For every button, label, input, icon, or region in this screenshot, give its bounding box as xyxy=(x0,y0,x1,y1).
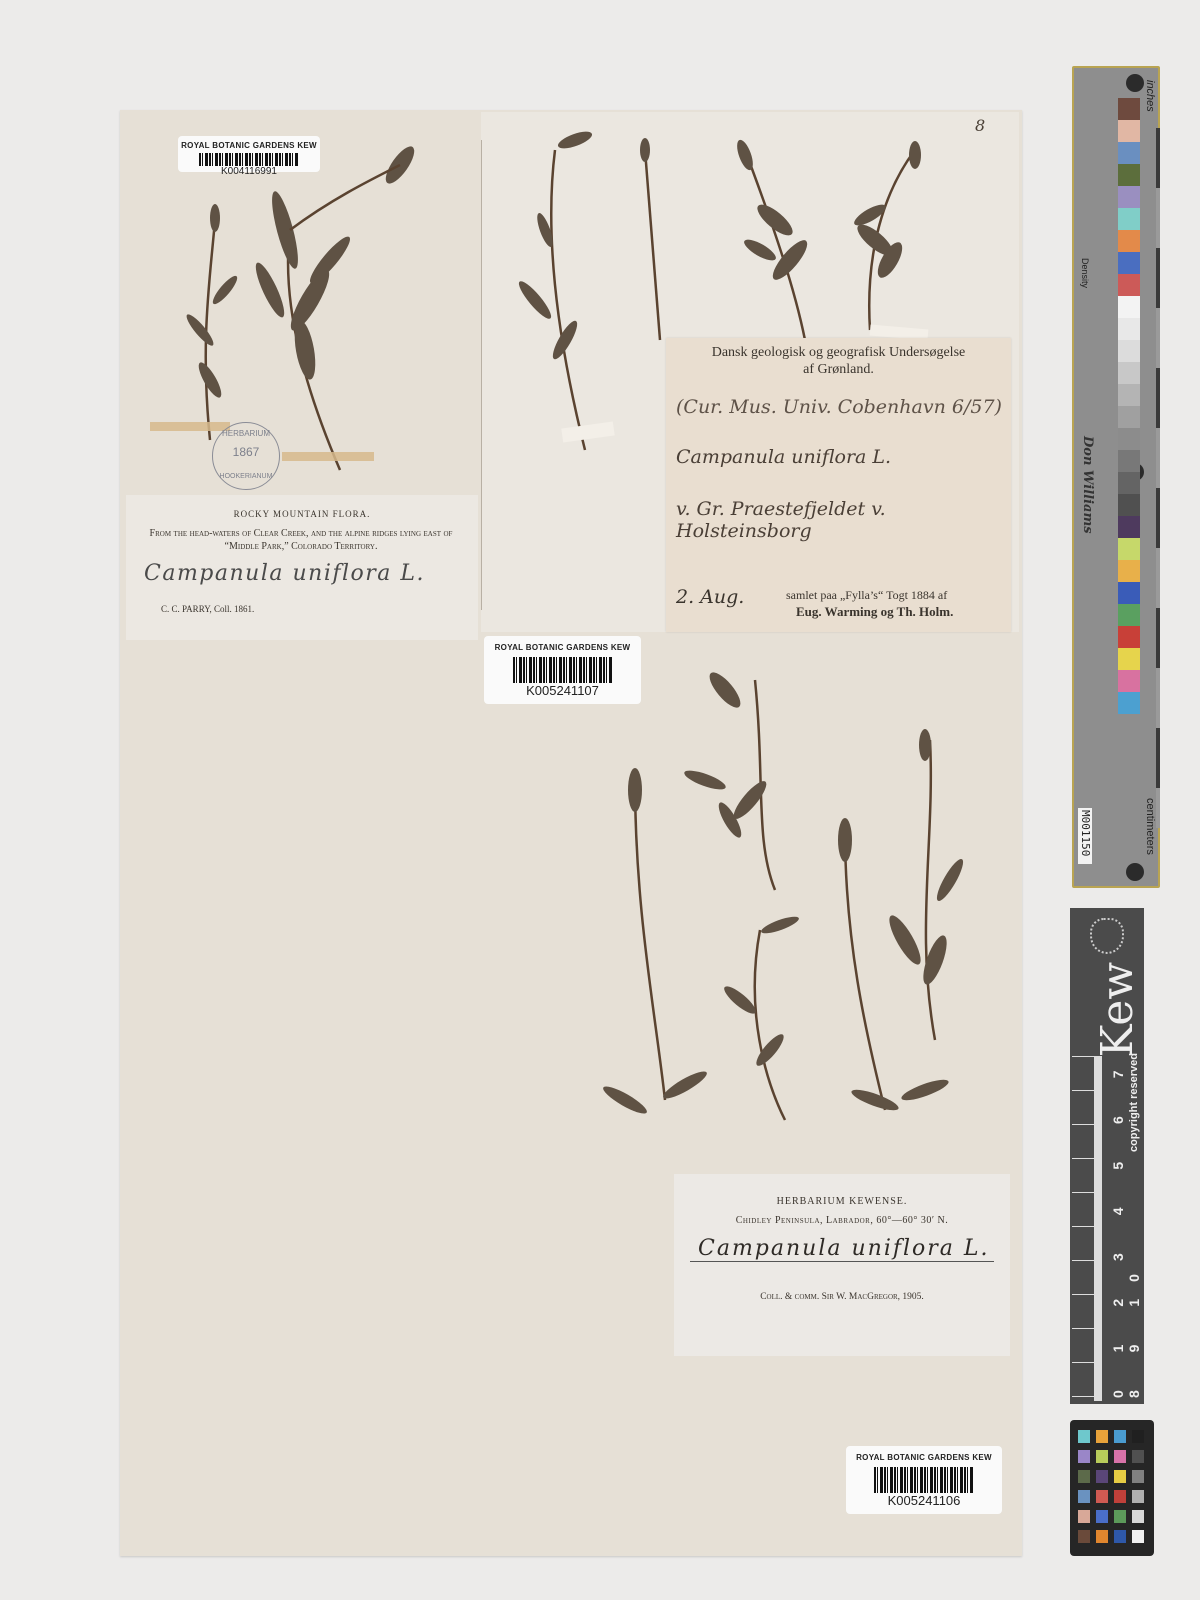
label-danish-survey: Dansk geologisk og geografisk Undersøgel… xyxy=(666,338,1011,632)
color-patch xyxy=(1114,1430,1126,1443)
label-hand-line3: v. Gr. Praestefjeldet v. Holsteinsborg xyxy=(666,498,1011,542)
color-patch xyxy=(1078,1470,1090,1483)
ruler-hole-icon xyxy=(1126,74,1144,92)
label-title-line2: af Grønland. xyxy=(666,361,1011,378)
color-patch xyxy=(1132,1490,1144,1503)
label-handwritten-name: Campanula uniflora L. xyxy=(126,561,478,586)
color-swatch xyxy=(1118,164,1140,186)
color-patch xyxy=(1078,1530,1090,1543)
color-patch xyxy=(1096,1510,1108,1523)
label-printed-line2: Eug. Warming og Th. Holm. xyxy=(796,604,953,620)
color-swatch xyxy=(1118,450,1140,472)
color-swatch xyxy=(1118,472,1140,494)
color-patch xyxy=(1132,1430,1144,1443)
color-patch xyxy=(1096,1490,1108,1503)
color-patch xyxy=(1078,1450,1090,1463)
color-patch xyxy=(1096,1530,1108,1543)
color-swatch xyxy=(1118,692,1140,714)
label-handwritten-name: Campanula uniflora L. xyxy=(690,1236,994,1262)
herbarium-stamp: HERBARIUM 1867 HOOKERIANUM xyxy=(212,422,280,490)
cm-scale-bar xyxy=(1072,1056,1102,1401)
ruler-id: M001150 xyxy=(1078,808,1092,864)
color-checker-card xyxy=(1070,1420,1154,1556)
ruler-unit-centimeters: centimeters xyxy=(1144,798,1156,855)
color-patch xyxy=(1132,1470,1144,1483)
color-swatch xyxy=(1118,230,1140,252)
color-patch xyxy=(1114,1530,1126,1543)
color-patch xyxy=(1096,1430,1108,1443)
barcode-number: K005241106 xyxy=(846,1495,1002,1507)
color-swatch xyxy=(1118,406,1140,428)
barcode-icon xyxy=(513,657,613,683)
barcode-icon xyxy=(199,153,299,166)
color-swatch xyxy=(1118,626,1140,648)
color-swatch xyxy=(1118,98,1140,120)
color-patch xyxy=(1114,1450,1126,1463)
specimen-bottom xyxy=(575,660,995,1160)
color-swatch xyxy=(1118,208,1140,230)
label-printed-line1: samlet paa „Fylla’s“ Togt 1884 af xyxy=(786,588,947,603)
color-patch xyxy=(1078,1490,1090,1503)
color-swatch xyxy=(1118,274,1140,296)
color-swatch xyxy=(1118,494,1140,516)
kew-logo: Kew xyxy=(1092,962,1143,1057)
color-swatch xyxy=(1118,516,1140,538)
sheet-number: 8 xyxy=(975,116,985,135)
copyright-text: copyright reserved xyxy=(1128,1053,1140,1152)
kew-crest-icon xyxy=(1090,918,1124,954)
color-swatch xyxy=(1118,604,1140,626)
ruler-brand: Don Williams xyxy=(1080,436,1095,534)
color-swatch xyxy=(1118,340,1140,362)
color-patch xyxy=(1114,1510,1126,1523)
color-swatch xyxy=(1118,428,1140,450)
color-swatch xyxy=(1118,362,1140,384)
ruler-unit-inches: inches xyxy=(1144,80,1156,112)
color-swatch xyxy=(1118,670,1140,692)
kew-scale-strip: Kew 0 1 2 3 4 5 6 7 8 9 10 copyright res… xyxy=(1070,908,1144,1404)
color-swatch xyxy=(1118,186,1140,208)
barcode-icon xyxy=(874,1467,974,1493)
tape-strip xyxy=(282,452,374,461)
barcode-org: ROYAL BOTANIC GARDENS KEW xyxy=(484,643,641,652)
color-patch xyxy=(1132,1450,1144,1463)
color-swatch xyxy=(1118,384,1140,406)
color-swatch xyxy=(1118,142,1140,164)
barcode-org: ROYAL BOTANIC GARDENS KEW xyxy=(178,141,320,150)
barcode-label: ROYAL BOTANIC GARDENS KEW K005241106 xyxy=(846,1446,1002,1514)
label-title: ROCKY MOUNTAIN FLORA. xyxy=(126,509,478,519)
barcode-org: ROYAL BOTANIC GARDENS KEW xyxy=(846,1453,1002,1462)
stamp-year: 1867 xyxy=(213,445,279,459)
ruler-swatches xyxy=(1118,98,1140,714)
ruler-hole-icon xyxy=(1126,863,1144,881)
label-collector: Coll. & comm. Sir W. MacGregor, 1905. xyxy=(674,1292,1010,1302)
label-title: HERBARIUM KEWENSE. xyxy=(674,1196,1010,1207)
color-patch xyxy=(1078,1430,1090,1443)
color-swatch xyxy=(1118,560,1140,582)
fold-line xyxy=(481,140,482,610)
color-ruler: inches Density Don Williams centimeters … xyxy=(1072,66,1160,888)
color-patch xyxy=(1114,1490,1126,1503)
color-patch xyxy=(1096,1450,1108,1463)
color-swatch xyxy=(1118,296,1140,318)
stamp-top-text: HERBARIUM xyxy=(213,429,279,438)
label-title-line1: Dansk geologisk og geografisk Undersøgel… xyxy=(666,344,1011,361)
barcode-number: K004116991 xyxy=(178,166,320,178)
label-collector: C. C. PARRY, Coll. 1861. xyxy=(126,604,478,614)
color-patch xyxy=(1132,1510,1144,1523)
stamp-bottom-text: HOOKERIANUM xyxy=(213,473,279,480)
barcode-label: ROYAL BOTANIC GARDENS KEW K005241107 xyxy=(484,636,641,704)
label-description: From the head-waters of Clear Creek, and… xyxy=(144,527,458,553)
color-swatch xyxy=(1118,582,1140,604)
color-swatch xyxy=(1118,648,1140,670)
color-swatch xyxy=(1118,252,1140,274)
label-hand-date: 2. Aug. xyxy=(676,586,744,608)
label-hand-line2: Campanula uniflora L. xyxy=(666,446,1011,468)
label-rocky-mountain-flora: ROCKY MOUNTAIN FLORA. From the head-wate… xyxy=(126,495,478,640)
color-swatch xyxy=(1118,318,1140,340)
ruler-density-label: Density xyxy=(1080,258,1090,288)
color-patch xyxy=(1078,1510,1090,1523)
label-hand-line1: (Cur. Mus. Univ. Cobenhavn 6/57) xyxy=(666,396,1011,418)
color-patch xyxy=(1132,1530,1144,1543)
ruler-scale xyxy=(1156,128,1160,828)
color-patch xyxy=(1114,1470,1126,1483)
barcode-label: ROYAL BOTANIC GARDENS KEW K004116991 xyxy=(178,136,320,172)
color-swatch xyxy=(1118,120,1140,142)
color-patch xyxy=(1096,1470,1108,1483)
color-swatch xyxy=(1118,538,1140,560)
barcode-number: K005241107 xyxy=(484,685,641,697)
label-herbarium-kewense: HERBARIUM KEWENSE. Chidley Peninsula, La… xyxy=(674,1174,1010,1356)
label-location: Chidley Peninsula, Labrador, 60°—60° 30′… xyxy=(674,1215,1010,1226)
